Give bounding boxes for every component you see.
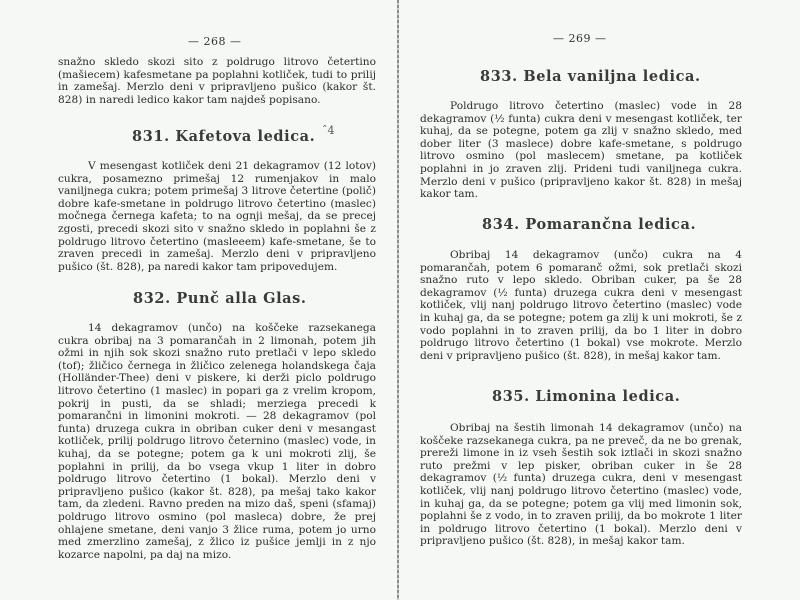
continuation-paragraph: snažno skledo skozi sito z poldrugo litr… <box>58 56 376 106</box>
recipe-paragraph-832: 14 dekagramov (unčo) na koščeke razsekan… <box>58 322 376 561</box>
continuation-text: snažno skledo skozi sito z poldrugo litr… <box>58 56 376 106</box>
recipe-body-834: Obribaj 14 dekagramov (unčo) cukra na 4 … <box>420 249 742 362</box>
recipe-body-833: Poldrugo litrovo četertino (maslec) vode… <box>420 100 742 201</box>
left-page: — 268 — snažno skledo skozi sito z poldr… <box>0 0 398 600</box>
book-spine <box>397 0 399 600</box>
recipe-body-832: 14 dekagramov (unčo) na koščeke razsekan… <box>58 322 376 561</box>
recipe-heading-831: 831. Kafetova ledica. <box>132 128 315 145</box>
recipe-body-831: V mesengast kotliček deni 21 dekagramov … <box>58 160 376 273</box>
right-page: — 269 — 833. Bela vaniljna ledica. Poldr… <box>400 0 800 600</box>
page-number-269: — 269 — <box>553 32 607 45</box>
recipe-heading-833: 833. Bela vaniljna ledica. <box>480 68 701 85</box>
page-number-268: — 268 — <box>188 35 242 48</box>
recipe-body-835: Obribaj na šestih limonah 14 dekagramov … <box>420 422 742 548</box>
recipe-paragraph-835: Obribaj na šestih limonah 14 dekagramov … <box>420 422 742 548</box>
recipe-heading-834: 834. Pomarančna ledica. <box>482 216 696 233</box>
ink-mark: ˆ4 <box>322 124 335 137</box>
recipe-heading-832: 832. Punč alla Glas. <box>133 290 307 307</box>
recipe-paragraph-834: Obribaj 14 dekagramov (unčo) cukra na 4 … <box>420 249 742 362</box>
recipe-heading-835: 835. Limonina ledica. <box>492 388 680 405</box>
recipe-paragraph-831: V mesengast kotliček deni 21 dekagramov … <box>58 160 376 273</box>
recipe-paragraph-833: Poldrugo litrovo četertino (maslec) vode… <box>420 100 742 201</box>
